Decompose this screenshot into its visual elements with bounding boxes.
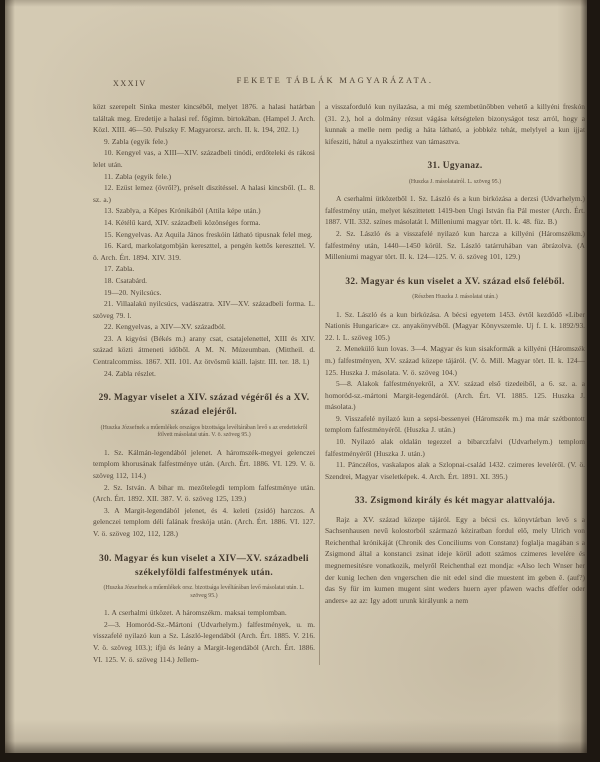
list-item: 11. Pánczélos, vaskalapos alak a Szlopna… — [325, 459, 585, 482]
scanned-book-page: XXXIV FEKETE TÁBLÁK MAGYARÁZATA. közt sz… — [0, 0, 600, 762]
list-item: 12. Ezüst lemez (övről?), préselt diszít… — [93, 182, 315, 205]
list-item: 18. Csatabárd. — [93, 275, 315, 287]
list-item: 13. Szablya, a Képes Krónikából (Attila … — [93, 205, 315, 217]
paragraph: Rajz a XV. század közepe tájáról. Egy a … — [325, 514, 585, 607]
section-heading: 31. Ugyanaz. — [330, 159, 580, 173]
running-title: FEKETE TÁBLÁK MAGYARÁZATA. — [93, 76, 585, 85]
list-item: 14. Kétélű kard, XIV. századbeli közönsé… — [93, 217, 315, 229]
section-heading: 29. Magyar viselet a XIV. század végéről… — [98, 391, 310, 419]
list-item: 19—20. Nyilcsúcs. — [93, 287, 315, 299]
paragraph-group: Rajz a XV. század közepe tájáról. Egy a … — [325, 514, 585, 607]
list-item: 5—8. Alakok falfestményekről, a XV. száz… — [325, 378, 585, 413]
list-item: 22. Kengyelvas, a XIV—XV. századból. — [93, 321, 315, 333]
section-note: (Részben Huszka J. másolatai után.) — [331, 294, 579, 302]
list-item: 2—3. Homoród-Sz.-Mártoni (Udvarhelym.) f… — [93, 619, 315, 665]
page-header: XXXIV FEKETE TÁBLÁK MAGYARÁZATA. — [93, 76, 585, 91]
list-item: 3. A Margit-legendából jelenet, és 4. ke… — [93, 505, 315, 540]
list-item: 9. Zabla (egyik fele.) — [93, 136, 315, 148]
list-item: 10. Nyilazó alak oldalán tegezzel a biba… — [325, 436, 585, 459]
section-note: (Huszka Józsefnek a műemlékek országos b… — [99, 425, 309, 440]
list-item: 1. A cserhalmi ütközet. A háromszékm. ma… — [93, 607, 315, 619]
section-note: (Huszka J. másolatairól. L. szöveg 95.) — [331, 179, 579, 187]
list-item: 2. Menekülő kun lovas. 3—4. Magyar és ku… — [325, 343, 585, 378]
list-item: 23. A kigyósi (Békés m.) arany csat, csa… — [93, 333, 315, 368]
continued-paragraph: közt szerepelt Sinka mester kincséből, m… — [93, 101, 315, 136]
list-item: 24. Zabla részlet. — [93, 368, 315, 380]
paragraph: A cserhalmi ütközetből 1. Sz. László és … — [325, 193, 585, 228]
section-30: 30. Magyar és kun viselet a XIV—XV. száz… — [93, 552, 315, 666]
list-item: 11. Zabla (egyik fele.) — [93, 171, 315, 183]
list-item: 1. Sz. Kálmán-legendából jelenet. A háro… — [93, 447, 315, 482]
section-31: 31. Ugyanaz. (Huszka J. másolatairól. L.… — [325, 159, 585, 262]
list-item: 10. Kengyel vas, a XIII—XIV. századbeli … — [93, 147, 315, 170]
paragraph: 2. Sz. László és a visszafelé nyilazó ku… — [325, 228, 585, 263]
paper-sheet: XXXIV FEKETE TÁBLÁK MAGYARÁZATA. közt sz… — [5, 0, 587, 753]
section-heading: 32. Magyar és kun viselet a XV. század e… — [330, 275, 580, 289]
list-item: 2. Sz. István. A bihar m. mezőtelegdi te… — [93, 482, 315, 505]
list-item: 21. Villaalakú nyilcsúcs, vadászatra. XI… — [93, 298, 315, 321]
two-column-layout: közt szerepelt Sinka mester kincséből, m… — [93, 101, 585, 665]
section-29: 29. Magyar viselet a XIV. század végéről… — [93, 391, 315, 539]
list-item: 16. Kard, markolatgombján kereszttel, a … — [93, 240, 315, 263]
section-note: (Huszka Józsefnek a műemlékek orsz. bizo… — [99, 585, 309, 600]
list-item: 1. Sz. László és a kun birkózása. A bécs… — [325, 309, 585, 344]
list-item: 15. Kengyelvas. Az Aquila János freskóin… — [93, 229, 315, 241]
section-33: 33. Zsigmond király és két magyar alattv… — [325, 494, 585, 606]
numbered-list: 1. A cserhalmi ütközet. A háromszékm. ma… — [93, 607, 315, 665]
text-block: XXXIV FEKETE TÁBLÁK MAGYARÁZATA. közt sz… — [93, 76, 585, 665]
numbered-list: 9. Zabla (egyik fele.)10. Kengyel vas, a… — [93, 136, 315, 379]
paragraph-group: A cserhalmi ütközetből 1. Sz. László és … — [325, 193, 585, 263]
section-heading: 30. Magyar és kun viselet a XIV—XV. száz… — [98, 552, 310, 580]
section-heading: 33. Zsigmond király és két magyar alattv… — [330, 494, 580, 508]
page-number: XXXIV — [113, 79, 147, 88]
right-column: a visszaforduló kun nyilazása, a mi még … — [319, 101, 585, 665]
numbered-list: 1. Sz. László és a kun birkózása. A bécs… — [325, 309, 585, 483]
list-item: 9. Visszafelé nyilazó kun a sepsi-bessen… — [325, 413, 585, 436]
continued-paragraph: a visszaforduló kun nyilazása, a mi még … — [325, 101, 585, 147]
numbered-list: 1. Sz. Kálmán-legendából jelenet. A háro… — [93, 447, 315, 540]
list-item: 17. Zabla. — [93, 263, 315, 275]
section-32: 32. Magyar és kun viselet a XV. század e… — [325, 275, 585, 483]
left-column: közt szerepelt Sinka mester kincséből, m… — [93, 101, 315, 665]
